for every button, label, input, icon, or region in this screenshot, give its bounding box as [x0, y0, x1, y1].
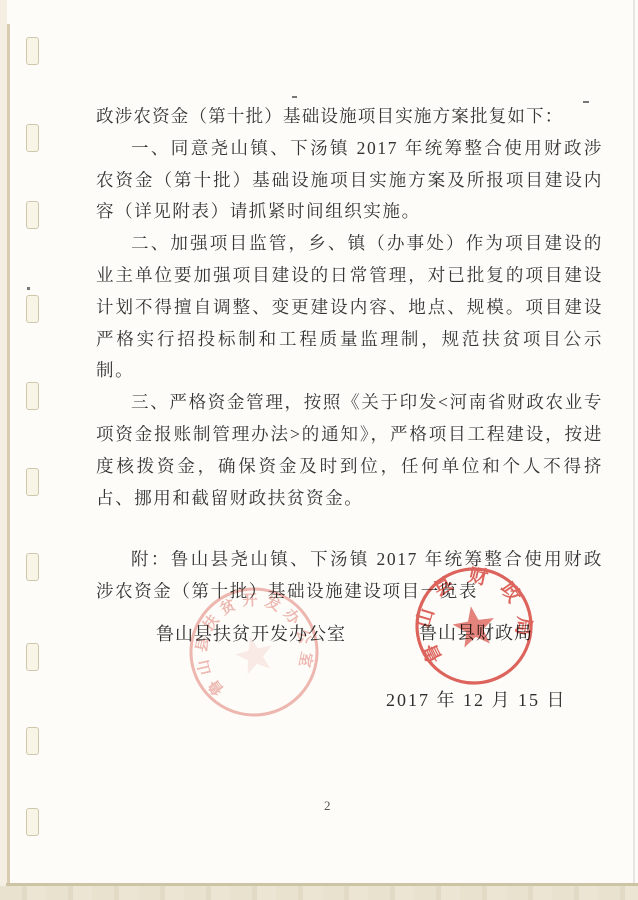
- paper-left-margin-shade: [0, 0, 7, 887]
- paper-left-edge-line: [7, 24, 10, 884]
- binding-hole: [26, 295, 39, 323]
- page-number: 2: [324, 798, 331, 814]
- binding-hole: [26, 643, 39, 671]
- attachment-note: 附：鲁山县尧山镇、下汤镇 2017 年统筹整合使用财政涉农资金（第十批）基础设施…: [96, 544, 603, 608]
- signature-left-org: 鲁山县扶贫开发办公室: [156, 620, 346, 646]
- paragraph-1: 一、同意尧山镇、下汤镇 2017 年统筹整合使用财政涉农资金（第十批）基础设施项…: [96, 133, 603, 228]
- binding-hole: [26, 468, 39, 496]
- paragraph-2: 二、加强项目监管，乡、镇（办事处）作为项目建设的业主单位要加强项目建设的日常管理…: [96, 228, 603, 387]
- binding-hole: [26, 382, 39, 410]
- scanner-background-strip: [0, 886, 638, 900]
- binding-hole: [26, 808, 39, 836]
- binding-hole: [26, 124, 39, 152]
- paper-right-edge-line: [633, 0, 635, 886]
- paragraph-3: 三、严格资金管理，按照《关于印发<河南省财政农业专项资金报账制管理办法>的通知》…: [96, 387, 603, 514]
- binding-hole: [26, 727, 39, 755]
- scanned-document-page: 政涉农资金（第十批）基础设施项目实施方案批复如下： 一、同意尧山镇、下汤镇 20…: [0, 0, 638, 900]
- binding-hole: [26, 553, 39, 581]
- binding-hole: [26, 37, 39, 65]
- binding-hole: [26, 201, 39, 229]
- scan-speck: [27, 287, 30, 290]
- scan-speck: [292, 96, 297, 98]
- continuation-line: 政涉农资金（第十批）基础设施项目实施方案批复如下：: [96, 101, 603, 133]
- document-date: 2017 年 12 月 15 日: [386, 686, 567, 712]
- signature-right-org: 鲁山县财政局: [419, 619, 533, 645]
- document-body: 政涉农资金（第十批）基础设施项目实施方案批复如下： 一、同意尧山镇、下汤镇 20…: [96, 101, 603, 608]
